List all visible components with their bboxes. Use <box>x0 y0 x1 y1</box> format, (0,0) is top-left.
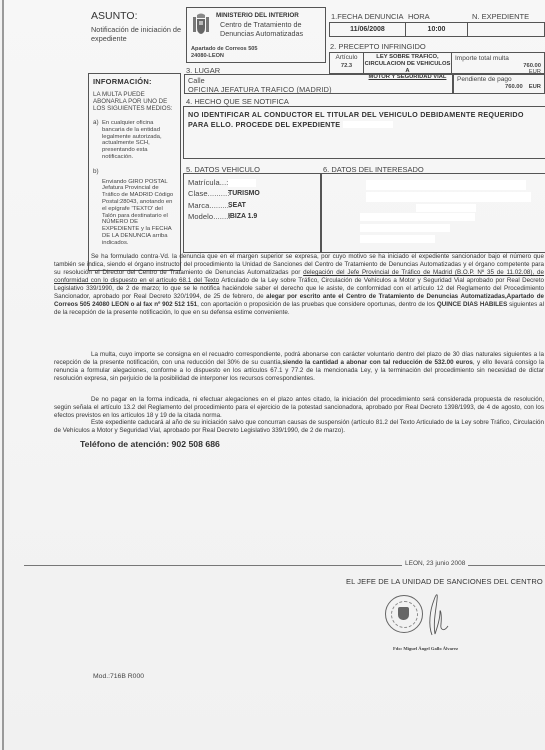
law-line-1: LEY SOBRE TRAFICO, <box>364 54 451 61</box>
paragraph-caducidad: Este expediente caducará al año de su in… <box>54 419 544 435</box>
expediente-label: N. EXPEDIENTE <box>472 12 529 21</box>
vehiculo-row-modelo: Modelo.......: IBIZA 1.9 <box>188 211 260 222</box>
info-item-text: En cualquier oficina bancaria de la enti… <box>102 120 176 161</box>
ministry-address: Apartado de Correos 505 24080-LEON <box>191 46 258 60</box>
paragraph-multa: La multa, cuyo importe se consigna en el… <box>54 351 544 383</box>
vehiculo-key: Clase.........: <box>188 188 228 199</box>
fecha-value: 11/06/2008 <box>330 23 406 36</box>
notification-document: ASUNTO: Notificación de iniciación de ex… <box>2 0 545 750</box>
pendiente-label: Pendiente de pago <box>457 76 541 84</box>
vehiculo-value: IBIZA 1.9 <box>228 211 257 222</box>
city-date: LEON, 23 junio 2008 <box>402 560 468 567</box>
articulo-label: Artículo <box>330 54 363 62</box>
vehiculo-key: Marca.........: <box>188 200 228 211</box>
info-item-text: Enviando GIRO POSTAL Jefatura Provincial… <box>93 179 176 247</box>
vehiculo-key: Matrícula...: <box>188 177 228 188</box>
divider <box>452 75 454 93</box>
fecha-denuncia-label: 1.FECHA DENUNCIA <box>331 12 404 21</box>
importe-label: Importe total multa <box>455 55 541 62</box>
hora-value: 10:00 <box>406 23 468 36</box>
telefono-atencion: Teléfono de atención: 902 508 686 <box>80 439 220 449</box>
info-item-key: a) <box>93 120 102 161</box>
info-item-a: a) En cualquier oficina bancaria de la e… <box>93 120 176 161</box>
expediente-value <box>468 23 544 36</box>
redacted-field <box>343 121 393 128</box>
precepto-label: 2. PRECEPTO INFRINGIDO <box>330 42 426 51</box>
vehiculo-value: TURISMO <box>228 188 260 199</box>
redacted-field <box>366 192 531 202</box>
text-run: De no pagar en la forma indicada, ni efe… <box>54 396 544 420</box>
vehiculo-interesado-box: Matrícula...: Clase.........: TURISMO Ma… <box>183 173 545 253</box>
info-item-b: b) Enviando GIRO POSTAL Jefatura Provinc… <box>93 169 176 247</box>
official-seal-icon <box>385 595 423 633</box>
signer-name: Fdo: Miguel Ángel Gallo Álvarez <box>393 646 458 651</box>
lugar-place: OFICINA JEFATURA TRAFICO (MADRID) <box>188 85 332 94</box>
asunto-title: ASUNTO: <box>91 10 137 22</box>
address-line-1: Apartado de Correos 505 <box>191 46 258 53</box>
lugar-calle: Calle <box>188 76 205 85</box>
divider <box>320 174 322 252</box>
text-run: QUINCE DIAS HABILES <box>437 301 507 308</box>
redacted-field <box>228 179 256 187</box>
hecho-text: NO IDENTIFICAR AL CONDUCTOR EL TITULAR D… <box>188 110 542 129</box>
vehiculo-row-clase: Clase.........: TURISMO <box>188 188 260 199</box>
paragraph-denuncia: Se ha formulado contra·Vd. la denuncia q… <box>54 253 544 317</box>
signer-title: EL JEFE DE LA UNIDAD DE SANCIONES DEL CE… <box>346 577 543 586</box>
redacted-field <box>360 235 435 243</box>
text-run: siendo la cantidad a abonar con tal redu… <box>283 359 473 366</box>
informacion-box: INFORMACIÓN: LA MULTA PUEDE ABONARLA POR… <box>88 73 181 271</box>
info-title: INFORMACIÓN: <box>93 77 176 86</box>
hora-label: HORA <box>408 12 430 21</box>
redacted-field <box>360 224 450 232</box>
handwritten-signature-icon <box>424 590 452 640</box>
hecho-box: NO IDENTIFICAR AL CONDUCTOR EL TITULAR D… <box>183 106 545 159</box>
spanish-coat-of-arms-icon <box>192 13 210 35</box>
ministry-name: MINISTERIO DEL INTERIOR <box>216 12 299 19</box>
pendiente-value: 760.00 <box>505 84 523 90</box>
text-run: , con aportación o proposición de las pr… <box>197 301 437 308</box>
vehiculo-key: Modelo.......: <box>188 211 228 222</box>
redacted-field <box>416 204 476 212</box>
info-item-key: b) <box>93 169 102 176</box>
asunto-text: Notificación de iniciación de expediente <box>91 25 186 43</box>
articulo-cell: Artículo 72.3 <box>330 53 364 73</box>
vehiculo-data: Matrícula...: Clase.........: TURISMO Ma… <box>188 177 260 222</box>
law-line-2: CIRCULACION DE VEHICULOS A <box>364 61 451 75</box>
articulo-value: 72.3 <box>330 62 363 70</box>
vehiculo-value: SEAT <box>228 200 246 211</box>
center-line-2: Denuncias Automatizadas <box>220 30 303 39</box>
ministry-header-box: MINISTERIO DEL INTERIOR Centro de Tratam… <box>186 7 326 63</box>
model-code: Mod.:716B R000 <box>93 673 144 680</box>
ministry-center: Centro de Tratamiento de Denuncias Autom… <box>220 21 303 38</box>
lugar-box: Calle OFICINA JEFATURA TRAFICO (MADRID) … <box>184 74 545 94</box>
info-subtitle: LA MULTA PUEDE ABONARLA POR UNO DE LOS S… <box>93 91 176 112</box>
paragraph-no-pago: De no pagar en la forma indicada, ni efe… <box>54 396 544 420</box>
pendiente-cell: Pendiente de pago 760.00EUR <box>457 76 541 91</box>
redacted-field <box>366 180 526 190</box>
importe-cell: Importe total multa 760.00 EUR <box>452 53 544 73</box>
fecha-denuncia-box: 11/06/2008 10:00 <box>329 22 545 37</box>
hecho-label: 4. HECHO QUE SE NOTIFICA <box>186 97 289 106</box>
vehiculo-row-matricula: Matrícula...: <box>188 177 260 188</box>
redacted-field <box>360 213 475 221</box>
law-cell: LEY SOBRE TRAFICO, CIRCULACION DE VEHICU… <box>364 53 452 73</box>
address-line-2: 24080-LEON <box>191 53 258 60</box>
pendiente-currency: EUR <box>529 84 541 90</box>
vehiculo-row-marca: Marca.........: SEAT <box>188 200 260 211</box>
text-run: Este expediente caducará al año de su in… <box>54 419 544 435</box>
precepto-box: Artículo 72.3 LEY SOBRE TRAFICO, CIRCULA… <box>329 52 545 74</box>
